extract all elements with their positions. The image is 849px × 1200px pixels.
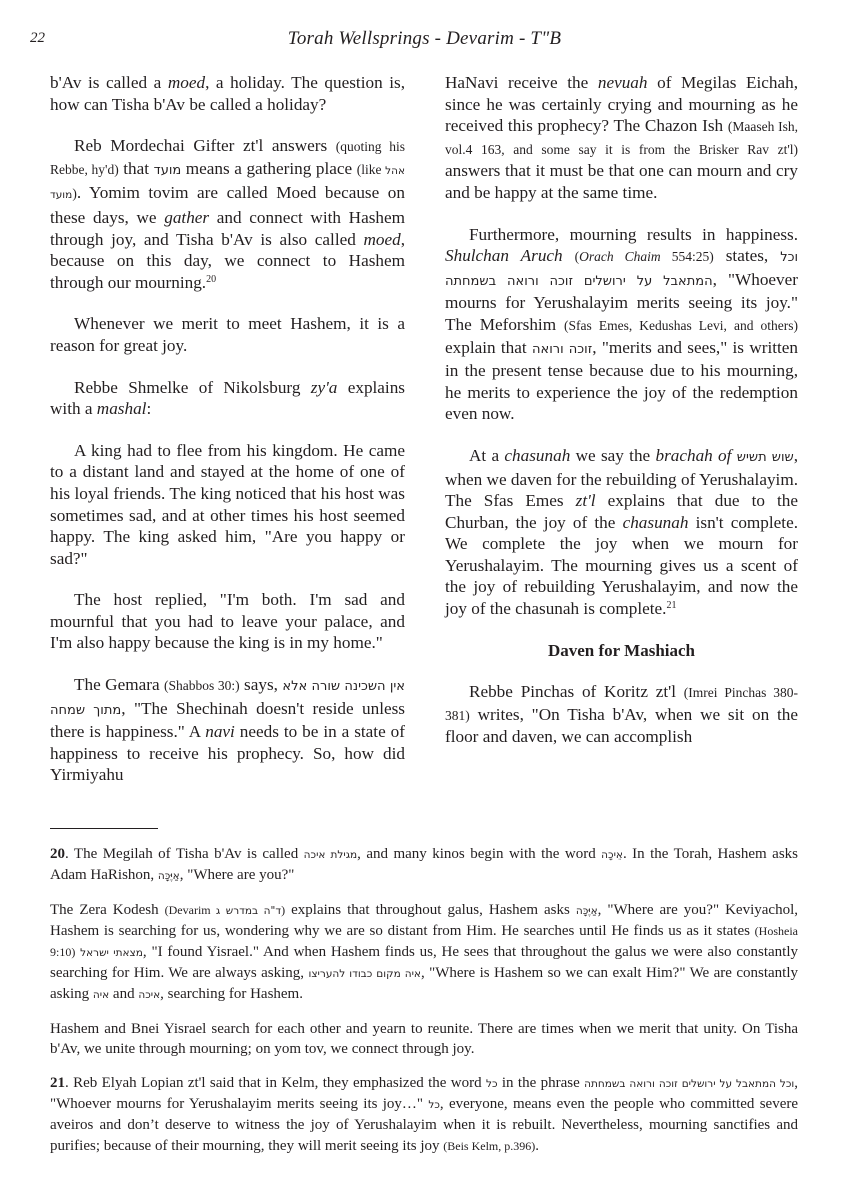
italic-term: chasunah	[504, 446, 570, 465]
text: says,	[240, 675, 283, 694]
text: , "Where are you?"	[180, 867, 295, 883]
left-column: b'Av is called a moed, a holiday. The qu…	[50, 72, 405, 806]
text	[563, 246, 575, 265]
footnote-number: 20	[50, 846, 65, 862]
paragraph: Rebbe Shmelke of Nikolsburg zy'a explain…	[50, 377, 405, 420]
text: states,	[714, 246, 780, 265]
paragraph: Whenever we merit to meet Hashem, it is …	[50, 313, 405, 356]
footnote-ref-20[interactable]: 20	[206, 274, 216, 285]
hebrew-text: כל	[428, 1099, 440, 1111]
text: :	[146, 399, 151, 418]
hebrew-text: מצאתי ישראל	[80, 947, 143, 959]
footnote-20-continued: The Zera Kodesh (Devarim ד"ה במדרש ג) ex…	[50, 900, 798, 1006]
text: b'Av is called a	[50, 73, 168, 92]
section-heading: Daven for Mashiach	[445, 640, 798, 662]
page-header: 22 Torah Wellsprings - Devarim - T"B	[30, 28, 819, 52]
text: , searching for Hashem.	[160, 986, 303, 1002]
text: .	[535, 1138, 539, 1154]
hebrew-text: אַיֶּכָּה	[158, 870, 180, 882]
text: Furthermore, mourning results in happine…	[469, 225, 798, 244]
text: At a	[469, 446, 504, 465]
hebrew-text: איכה	[138, 989, 160, 1001]
hebrew-text: מועד	[154, 163, 182, 178]
italic-term: zy'a	[311, 378, 338, 397]
text: HaNavi receive the	[445, 73, 598, 92]
paragraph: At a chasunah we say the brachah of שוש …	[445, 445, 798, 620]
paragraph: Rebbe Pinchas of Koritz zt'l (Imrei Pinc…	[445, 681, 798, 748]
hebrew-text: כל	[486, 1078, 498, 1090]
right-column: HaNavi receive the nevuah of Megilas Eic…	[445, 72, 798, 768]
footnote-number: 21	[50, 1075, 65, 1091]
paragraph: A king had to flee from his kingdom. He …	[50, 440, 405, 570]
hebrew-text: איה מקום כבודו להעריצו	[308, 968, 420, 980]
italic-term: mashal	[97, 399, 147, 418]
text: in the phrase	[498, 1075, 585, 1091]
italic-term: gather	[164, 208, 209, 227]
footnote-20-continued: Hashem and Bnei Yisrael search for each …	[50, 1019, 798, 1060]
text: explain that	[445, 338, 532, 357]
source-citation: 554:25)	[661, 249, 714, 264]
text: and	[109, 986, 138, 1002]
hebrew-text: שוש תשיש	[737, 450, 794, 465]
text: explains that throughout galus, Hashem a…	[285, 902, 576, 918]
text: . The Megilah of Tisha b'Av is called	[65, 846, 304, 862]
source-citation: (Shabbos 30:)	[164, 678, 240, 693]
italic-term: nevuah	[598, 73, 648, 92]
text: The Zera Kodesh	[50, 902, 165, 918]
hebrew-text: אַיֶּכָּה	[576, 905, 598, 917]
text: means a gathering place	[181, 159, 357, 178]
source-citation: (Beis Kelm, p.396)	[443, 1139, 535, 1153]
italic-term: zt'l	[576, 491, 596, 510]
hebrew-text: ד"ה במדרש ג	[216, 905, 281, 917]
footnotes: 20. The Megilah of Tisha b'Av is called …	[50, 844, 798, 1169]
running-title: Torah Wellsprings - Devarim - T"B	[30, 28, 819, 50]
source-citation: (like	[357, 162, 385, 177]
paragraph: Reb Mordechai Gifter zt'l answers (quoti…	[50, 135, 405, 293]
text: writes, "On Tisha b'Av, when we sit on t…	[445, 705, 798, 747]
italic-term: navi	[205, 722, 235, 741]
text: Rebbe Shmelke of Nikolsburg	[74, 378, 311, 397]
footnote-ref-21[interactable]: 21	[666, 600, 676, 611]
hebrew-text: איה	[93, 989, 109, 1001]
source-citation: (Sfas Emes, Kedushas Levi, and others)	[564, 318, 798, 333]
text: , and many kinos begin with the word	[357, 846, 601, 862]
footnote-21: 21. Reb Elyah Lopian zt'l said that in K…	[50, 1073, 798, 1157]
hebrew-text: וכל המתאבל על ירושלים זוכה ורואה בשמחתה	[584, 1078, 794, 1090]
paragraph: Furthermore, mourning results in happine…	[445, 224, 798, 425]
hebrew-text: אֵיכָה	[601, 849, 623, 861]
paragraph: HaNavi receive the nevuah of Megilas Eic…	[445, 72, 798, 204]
paragraph: The Gemara (Shabbos 30:) says, אין השכינ…	[50, 674, 405, 786]
text: answers that it must be that one can mou…	[445, 161, 798, 202]
text: that	[119, 159, 154, 178]
text: Rebbe Pinchas of Koritz zt'l	[469, 682, 684, 701]
text: The Gemara	[74, 675, 164, 694]
text: . Reb Elyah Lopian zt'l said that in Kel…	[65, 1075, 486, 1091]
italic-term: moed	[363, 230, 400, 249]
source-citation: (Devarim	[165, 903, 216, 917]
text: Reb Mordechai Gifter zt'l answers	[74, 136, 336, 155]
footnote-divider	[50, 828, 158, 829]
footnote-20: 20. The Megilah of Tisha b'Av is called …	[50, 844, 798, 887]
italic-term: chasunah	[623, 513, 689, 532]
paragraph: The host replied, "I'm both. I'm sad and…	[50, 589, 405, 654]
hebrew-text: מגילת איכה	[304, 849, 358, 861]
hebrew-text: זוכה ורואה	[532, 342, 592, 357]
italic-term: moed	[168, 73, 205, 92]
text: we say the	[570, 446, 655, 465]
italic-term: Shulchan Aruch	[445, 246, 563, 265]
source-citation: Orach Chaim	[579, 249, 661, 264]
paragraph: b'Av is called a moed, a holiday. The qu…	[50, 72, 405, 115]
italic-term: brachah of	[655, 446, 731, 465]
